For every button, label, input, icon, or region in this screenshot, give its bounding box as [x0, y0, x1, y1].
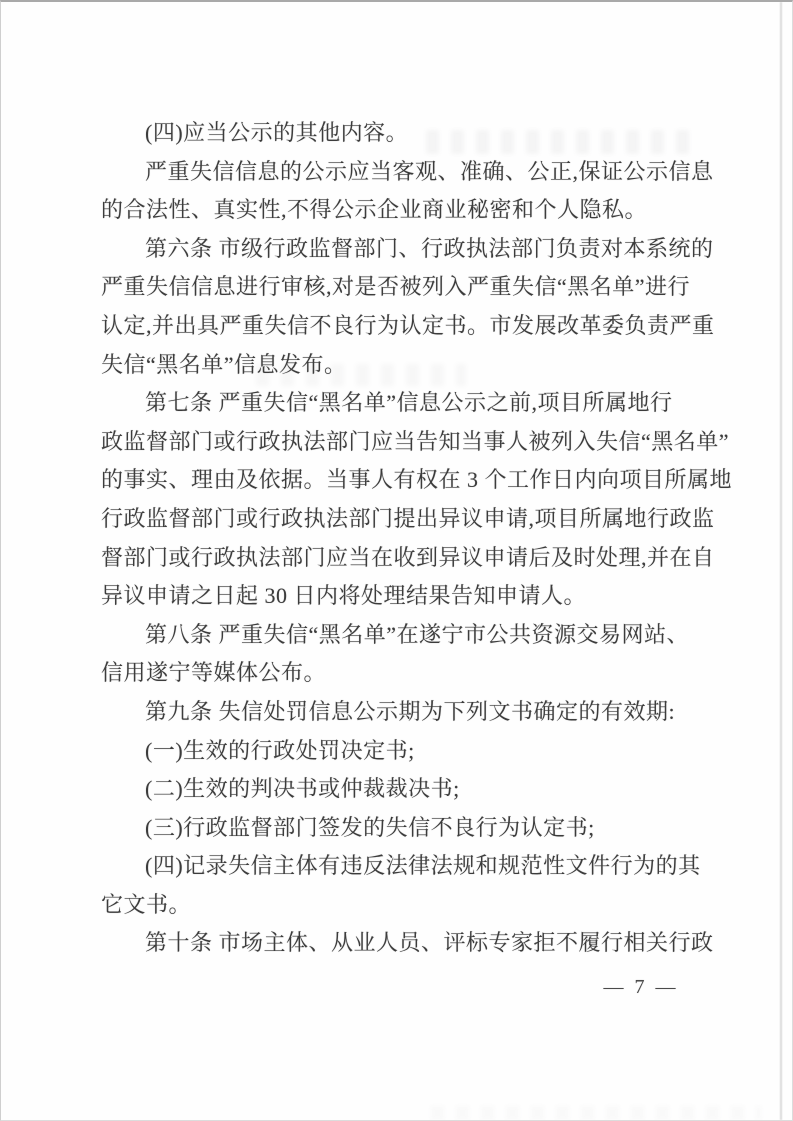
text-line: (四)记录失信主体有违反法律法规和规范性文件行为的其 [101, 847, 741, 886]
text-line: 严重失信信息进行审核,对是否被列入严重失信“黑名单”进行 [101, 268, 741, 307]
text-line: 政监督部门或行政执法部门应当告知当事人被列入失信“黑名单” [101, 423, 741, 462]
text-line: 的合法性、真实性,不得公示企业商业秘密和个人隐私。 [101, 191, 741, 230]
document-body: (四)应当公示的其他内容。严重失信信息的公示应当客观、准确、公正,保证公示信息的… [101, 114, 741, 963]
text-line: 第十条 市场主体、从业人员、评标专家拒不履行相关行政 [101, 924, 741, 963]
text-line: (一)生效的行政处罚决定书; [101, 732, 741, 771]
text-line: (四)应当公示的其他内容。 [101, 114, 741, 153]
text-line: 第九条 失信处罚信息公示期为下列文书确定的有效期: [101, 693, 741, 732]
text-line: 第七条 严重失信“黑名单”信息公示之前,项目所属地行 [101, 384, 741, 423]
text-line: 信用遂宁等媒体公布。 [101, 654, 741, 693]
text-line: 的事实、理由及依据。当事人有权在 3 个工作日内向项目所属地 [101, 461, 741, 500]
text-line: 督部门或行政执法部门应当在收到异议申请后及时处理,并在自 [101, 539, 741, 578]
document-page: (四)应当公示的其他内容。严重失信信息的公示应当客观、准确、公正,保证公示信息的… [0, 0, 793, 1121]
scan-edge-line [780, 2, 782, 1120]
text-line: (三)行政监督部门签发的失信不良行为认定书; [101, 809, 741, 848]
text-line: 异议申请之日起 30 日内将处理结果告知申请人。 [101, 577, 741, 616]
text-line: 第八条 严重失信“黑名单”在遂宁市公共资源交易网站、 [101, 616, 741, 655]
text-line: 它文书。 [101, 886, 741, 925]
text-line: 严重失信信息的公示应当客观、准确、公正,保证公示信息 [101, 153, 741, 192]
text-line: 认定,并出具严重失信不良行为认定书。市发展改革委负责严重 [101, 307, 741, 346]
bleed-through-smudge [431, 1106, 761, 1120]
text-line: 第六条 市级行政监督部门、行政执法部门负责对本系统的 [101, 230, 741, 269]
text-line: 失信“黑名单”信息发布。 [101, 346, 741, 385]
text-line: (二)生效的判决书或仲裁裁决书; [101, 770, 741, 809]
page-number: — 7 — [586, 972, 696, 1002]
text-line: 行政监督部门或行政执法部门提出异议申请,项目所属地行政监 [101, 500, 741, 539]
